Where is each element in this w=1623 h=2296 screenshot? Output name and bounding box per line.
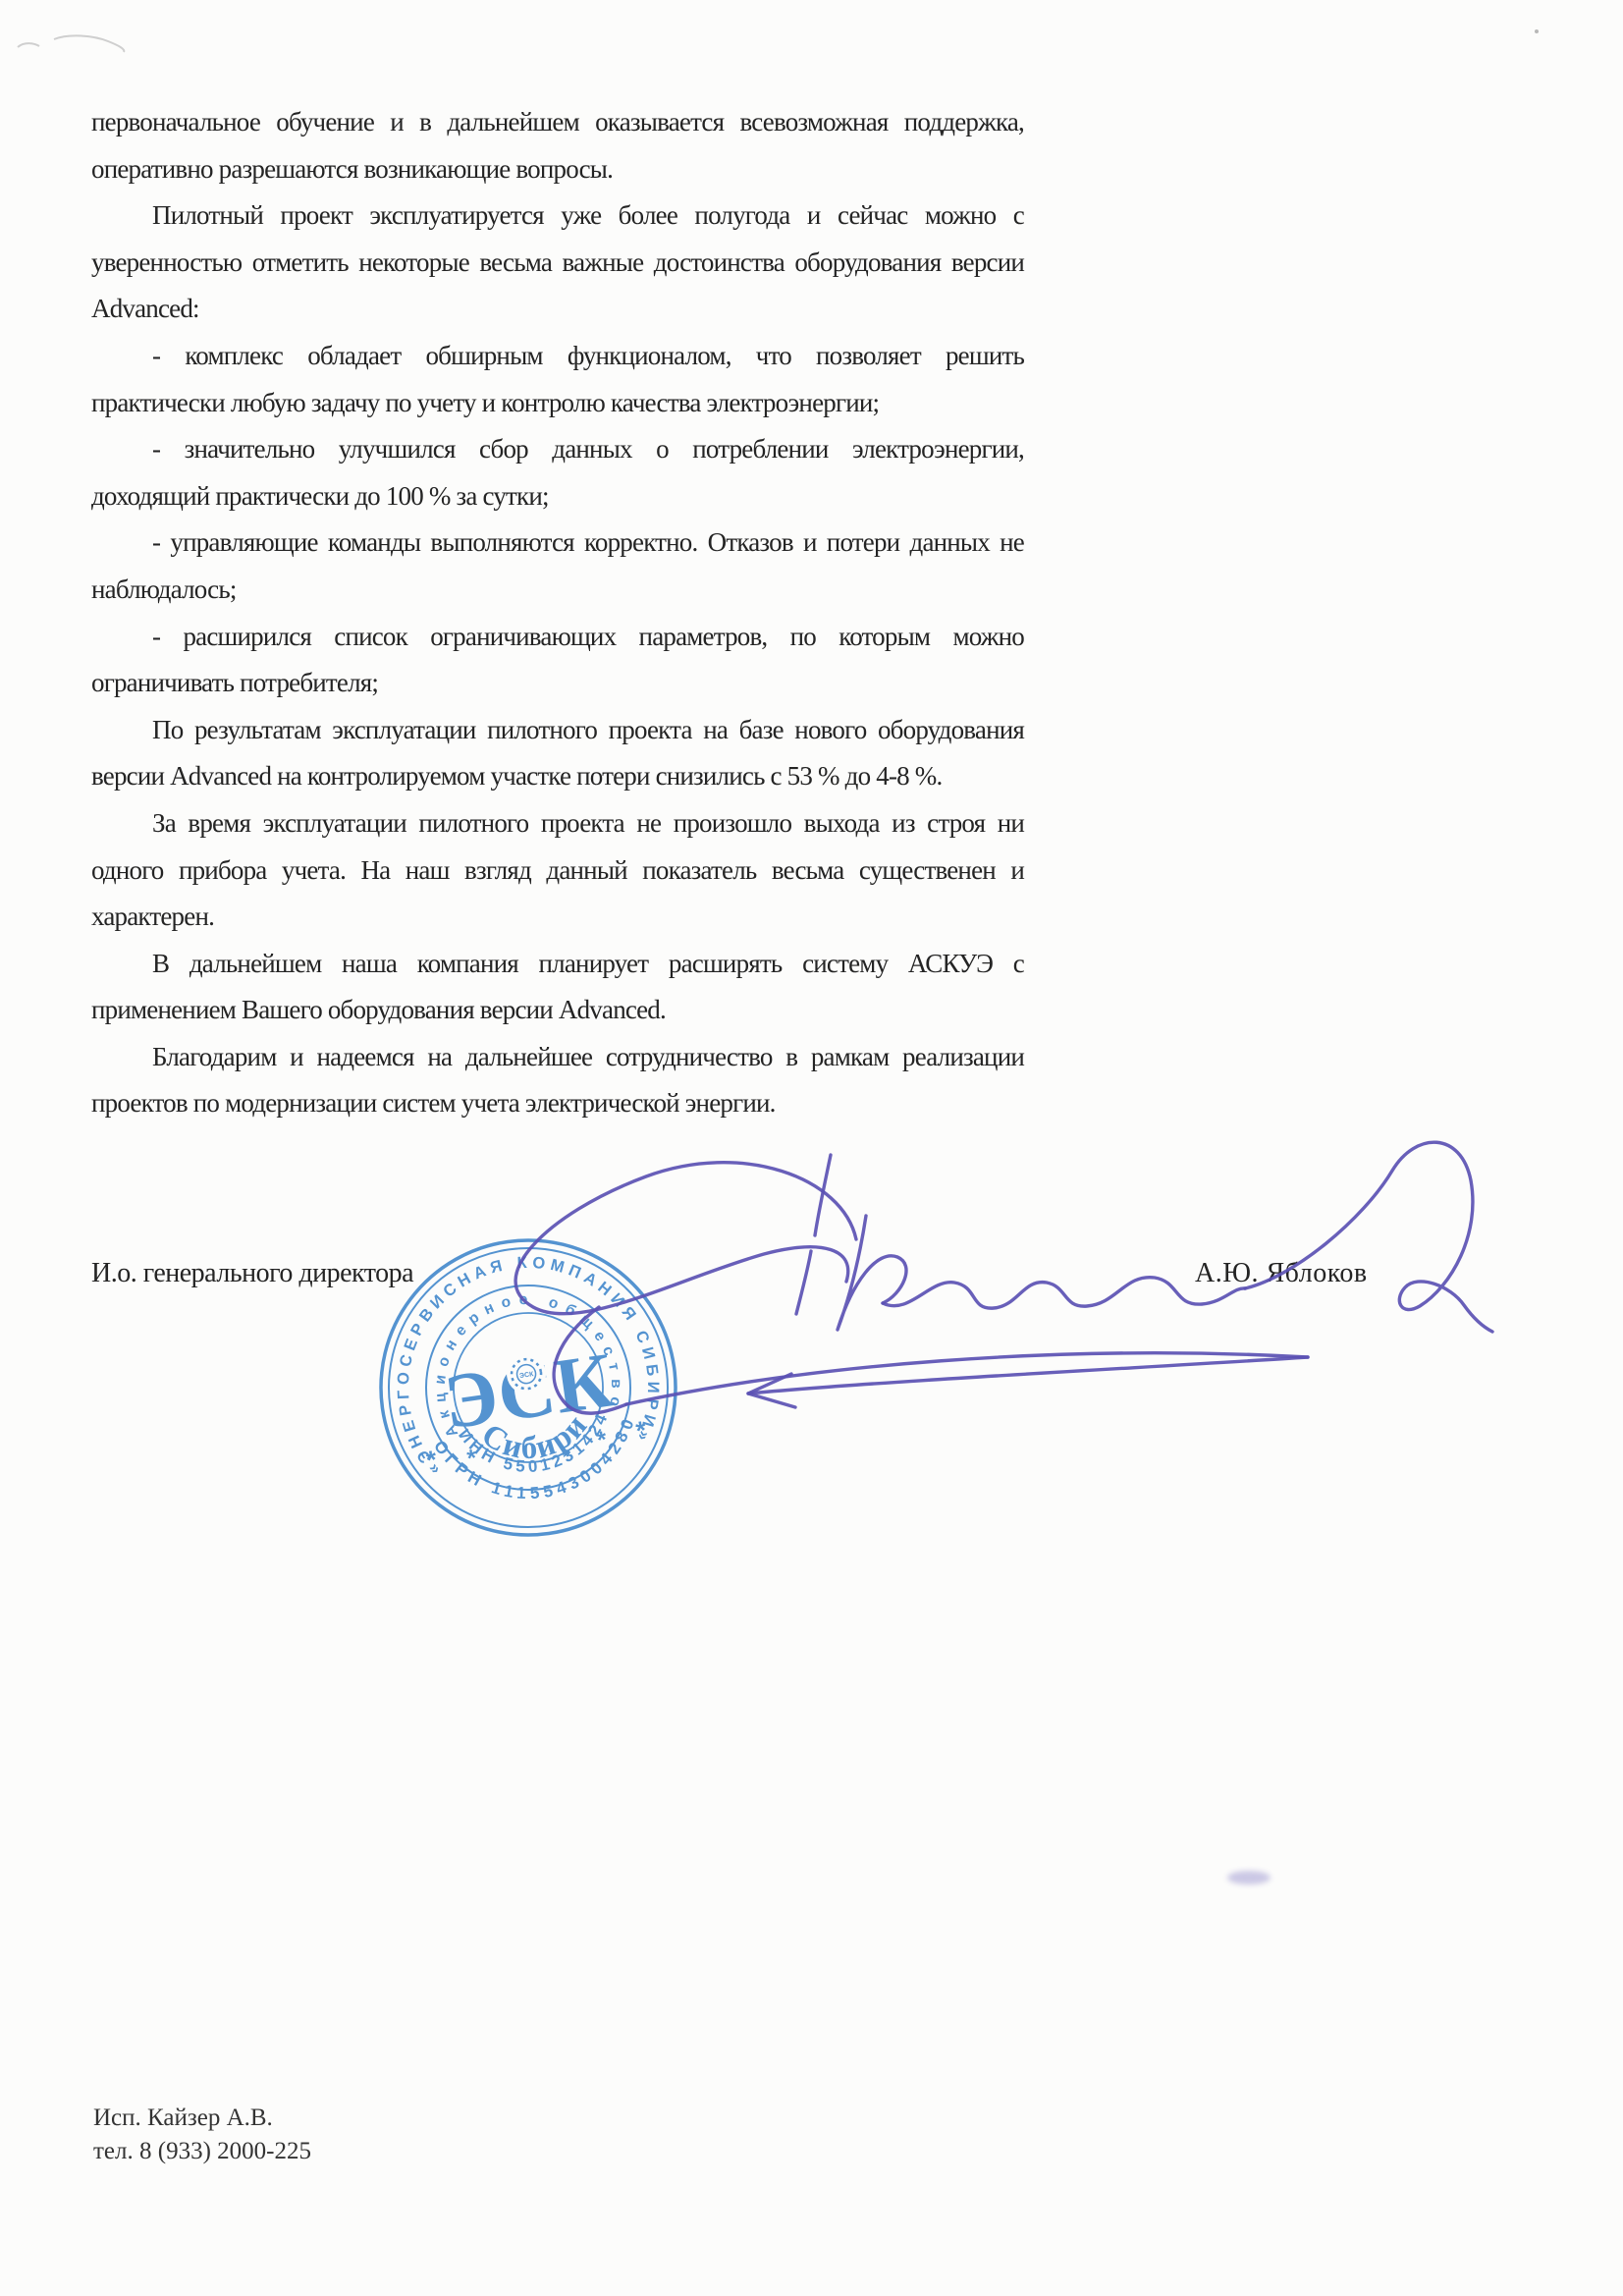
text-line: - значительно улучшился сбор данных о по… bbox=[91, 426, 1024, 473]
text-line: - комплекс обладает обширным функционало… bbox=[91, 333, 1024, 380]
text-line: В дальнейшем наша компания планирует рас… bbox=[91, 941, 1024, 988]
text-line: Пилотный проект эксплуатируется уже боле… bbox=[91, 192, 1024, 240]
text-line: применением Вашего оборудования версии A… bbox=[91, 987, 1024, 1034]
document-footer: Исп. Кайзер А.В. тел. 8 (933) 2000-225 bbox=[93, 2102, 311, 2168]
stamp-asterisk-right-inner: * bbox=[596, 1426, 610, 1453]
text-line: характерен. bbox=[91, 894, 1024, 941]
text-line: - расширился список ограничивающих парам… bbox=[91, 614, 1024, 661]
signer-position-label: И.о. генерального директора bbox=[91, 1258, 413, 1289]
scanned-letter-page: первоначальное обучение и в дальнейшем о… bbox=[0, 0, 1623, 2296]
text-line: практически любую задачу по учету и конт… bbox=[91, 380, 1024, 427]
signer-name: А.Ю. Яблоков bbox=[1195, 1258, 1368, 1289]
text-line: версии Advanced на контролируемом участк… bbox=[91, 753, 1024, 800]
text-line: первоначальное обучение и в дальнейшем о… bbox=[91, 99, 1024, 146]
pencil-mark bbox=[54, 35, 124, 52]
scan-dot-artifact bbox=[1535, 29, 1539, 33]
text-line: наблюдалось; bbox=[91, 567, 1024, 614]
text-line: По результатам эксплуатации пилотного пр… bbox=[91, 707, 1024, 754]
company-stamp: «ЭНЕРГОСЕРВИСНАЯ КОМПАНИЯ СИБИРИ» Акцион… bbox=[371, 1230, 685, 1545]
text-line: ограничивать потребителя; bbox=[91, 660, 1024, 707]
text-line: проектов по модернизации систем учета эл… bbox=[91, 1080, 1024, 1127]
text-line: оперативно разрешаются возникающие вопро… bbox=[91, 146, 1024, 193]
text-line: доходящий практически до 100 % за сутки; bbox=[91, 473, 1024, 520]
text-line: За время эксплуатации пилотного проекта … bbox=[91, 800, 1024, 847]
document-body: первоначальное обучение и в дальнейшем о… bbox=[91, 99, 1024, 1127]
text-line: Advanced: bbox=[91, 286, 1024, 333]
text-line: уверенностью отметить некоторые весьма в… bbox=[91, 240, 1024, 287]
phone-line: тел. 8 (933) 2000-225 bbox=[93, 2135, 311, 2168]
text-line: одного прибора учета. На наш взгляд данн… bbox=[91, 847, 1024, 895]
executor-line: Исп. Кайзер А.В. bbox=[93, 2102, 311, 2135]
text-line: Благодарим и надеемся на дальнейшее сотр… bbox=[91, 1034, 1024, 1081]
pencil-mark bbox=[18, 43, 39, 47]
text-line: - управляющие команды выполняются коррек… bbox=[91, 519, 1024, 567]
ink-smudge-artifact bbox=[1227, 1871, 1271, 1885]
